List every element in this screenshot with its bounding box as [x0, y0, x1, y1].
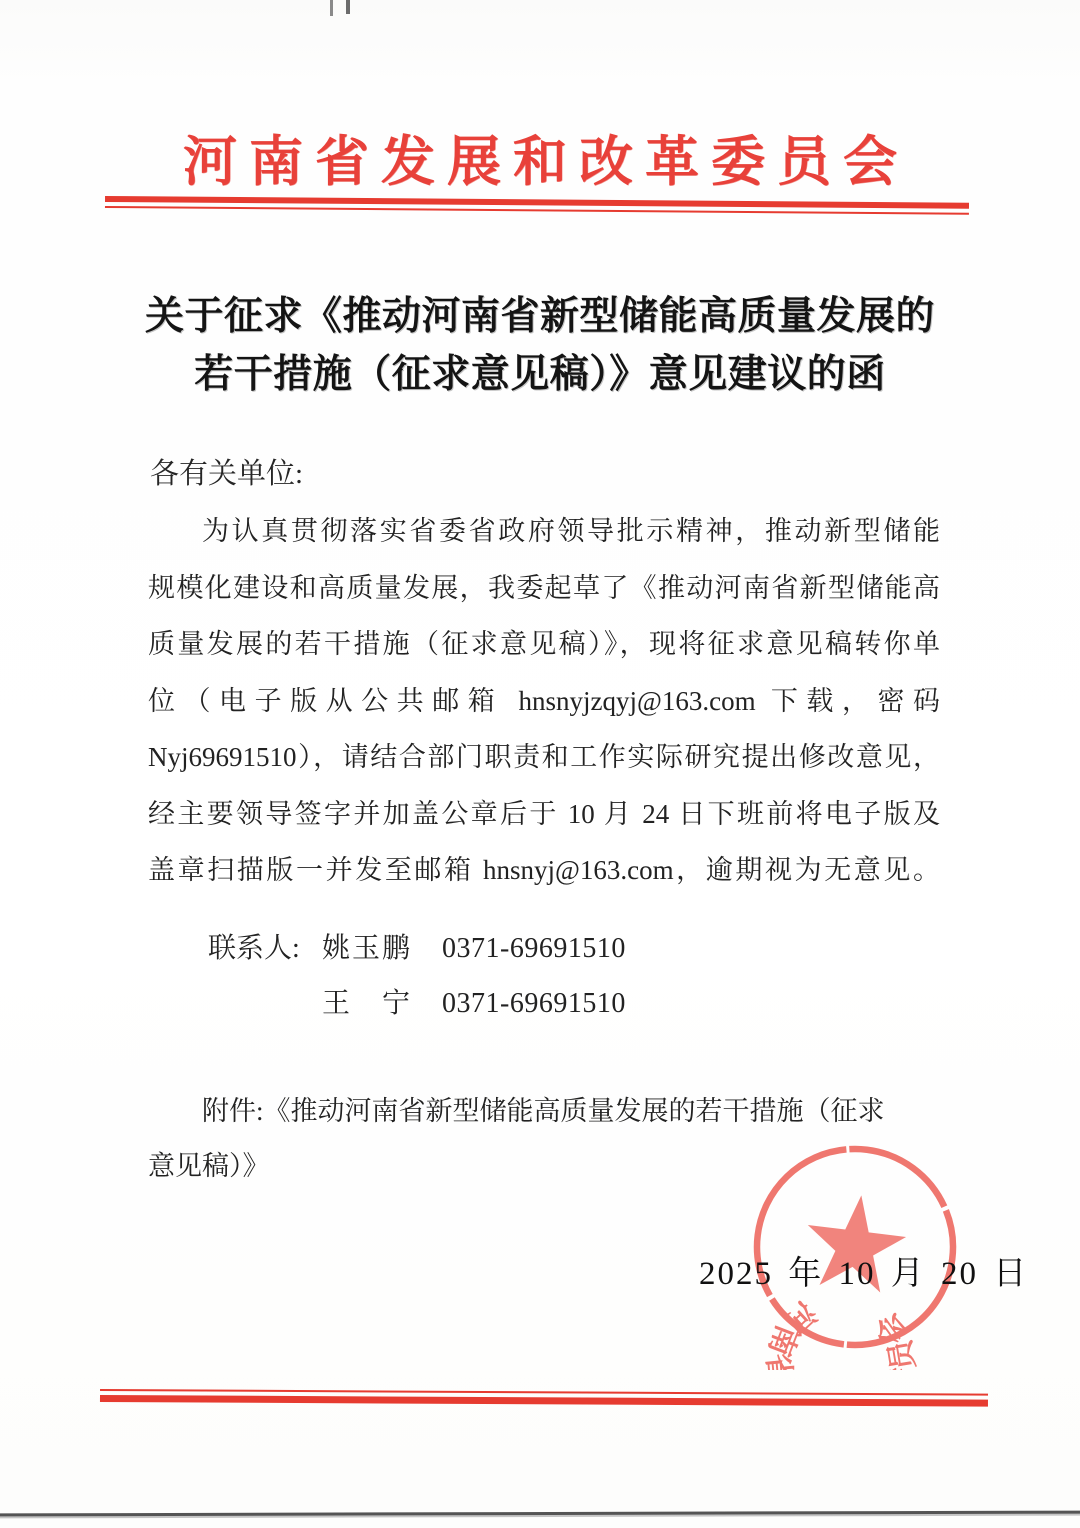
- divider-thick-line: [100, 1395, 988, 1407]
- salutation: 各有关单位:: [150, 451, 303, 492]
- body-line: 经主要领导签字并加盖公章后于 10 月 24 日下班前将电子版及: [148, 789, 940, 846]
- letterhead-divider: [105, 196, 969, 215]
- letterhead-agency-name: 河南省发展和改革委员会: [0, 119, 1080, 196]
- body-line: 盖章扫描版一并发至邮箱 hnsnyj@163.com，逾期视为无意见。: [148, 845, 940, 902]
- scan-artifact-mark: [346, 0, 350, 14]
- title-line-2: 若干措施（征求意见稿）》意见建议的函: [194, 353, 886, 396]
- body-line: 位（电子版从公共邮箱 hnsnyjzqyj@163.com 下载，密码: [148, 676, 940, 733]
- body-line: 规模化建设和高质量发展，我委起草了《推动河南省新型储能高: [148, 563, 940, 620]
- contact-phone: 0371-69691510: [442, 982, 626, 1037]
- document-page: 河南省发展和改革委员会 关于征求《推动河南省新型储能高质量发展的 若干措施（征求…: [0, 0, 1080, 1528]
- contact-row: 王宁 0371-69691510: [208, 982, 626, 1037]
- contact-label: 联系人:: [208, 927, 322, 982]
- body-paragraph: 为认真贯彻落实省委省政府领导批示精神，推动新型储能 规模化建设和高质量发展，我委…: [148, 506, 940, 902]
- footer-divider: [100, 1389, 988, 1407]
- document-title: 关于征求《推动河南省新型储能高质量发展的 若干措施（征求意见稿）》意见建议的函: [0, 288, 1080, 404]
- seal-arc-text: 河南省发展和改革委员会: [751, 1289, 929, 1370]
- divider-thin-line: [100, 1389, 988, 1396]
- contact-name: 姚玉鹏: [322, 927, 410, 982]
- contact-phone: 0371-69691510: [442, 927, 626, 982]
- contact-row: 联系人: 姚玉鹏 0371-69691510: [208, 927, 626, 982]
- contact-label-spacer: [208, 982, 322, 1037]
- scan-page-edge: [0, 1511, 1080, 1517]
- scan-artifact-mark: [330, 0, 333, 16]
- issue-date: 2025 年 10 月 20 日: [699, 1247, 1028, 1294]
- contact-section: 联系人: 姚玉鹏 0371-69691510 王宁 0371-69691510: [208, 927, 626, 1037]
- contact-name: 王宁: [322, 982, 410, 1037]
- body-line: 质量发展的若干措施（征求意见稿）》，现将征求意见稿转你单: [148, 619, 940, 676]
- body-line: 为认真贯彻落实省委省政府领导批示精神，推动新型储能: [148, 506, 940, 563]
- body-line: Nyj69691510），请结合部门职责和工作实际研究提出修改意见，: [148, 732, 940, 789]
- title-line-1: 关于征求《推动河南省新型储能高质量发展的: [145, 295, 935, 338]
